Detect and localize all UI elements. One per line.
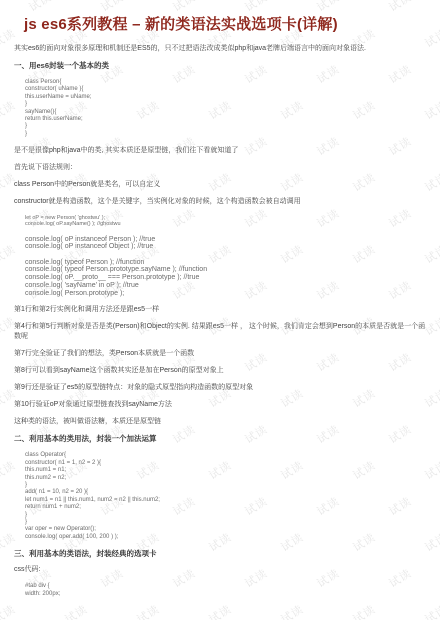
code-block: class Person{ constructor( uName ){ this… [25,79,426,138]
watermark-text: 试读 [350,601,379,620]
paragraph: 这种类的语法，被叫做语法糖，本质还是原型链 [14,417,426,427]
article-content: js es6系列教程 – 新的类语法实战选项卡(详解) 其实es6的面向对象很多… [14,16,426,598]
paragraph: 第1行和第2行实例化和调用方法还是跟es5一样 [14,305,426,315]
paragraph: css代码: [14,565,426,575]
watermark-text: 试读 [314,0,343,15]
paragraph: 第8行可以看到sayName这个函数其实还是加在Person的原型对象上 [14,366,426,376]
code-block: let oP = new Person( 'ghostwu' ); consol… [25,215,426,227]
code-block: class Operator{ constructor( n1 = 1, n2 … [25,452,426,541]
watermark-text: 试读 [278,601,307,620]
paragraph: constructor就是构造函数，这个是关键字，当实例化对象的时候，这个构造函… [14,197,426,207]
watermark-text: 试读 [206,601,235,620]
watermark-text: 试读 [134,601,163,620]
paragraph: 第9行还是验证了es5的原型链特点：对象的隐式原型指向构造函数的原型对象 [14,383,426,393]
watermark-text: 试读 [0,601,18,620]
watermark-text: 试读 [386,0,415,15]
paragraph: 第10行验证oP对象通过原型链查找到sayName方法 [14,400,426,410]
paragraph: 第4行和第5行判断对象是否是类(Person)和Object的实例. 结果跟es… [14,322,426,342]
watermark-text: 试读 [62,601,91,620]
paragraph: 是不是很像php和java中的类, 其实本质还是原型链，我们往下看就知道了 [14,146,426,156]
paragraph: class Person中的Person就是类名，可以自定义 [14,180,426,190]
code-block: #tab div { width: 200px; [25,583,426,598]
section-heading: 二、利用基本的类用法，封装一个加法运算 [14,434,426,444]
article-body: 其实es6的面向对象很多原理和机制还是ES5的，只不过把语法改成类似php和ja… [14,44,426,598]
article-title: js es6系列教程 – 新的类语法实战选项卡(详解) [24,16,426,34]
watermark-text: 试读 [422,601,440,620]
watermark-text: 试读 [170,0,199,15]
watermark-text: 试读 [98,0,127,15]
paragraph: 首先说下语法规则： [14,163,426,173]
section-heading: 三、利用基本的类语法，封装经典的选项卡 [14,549,426,559]
paragraph: 第7行完全验证了我们的想法，类Person本质就是一个函数 [14,349,426,359]
section-heading: 一、用es6封装一个基本的类 [14,61,426,71]
document-page: js es6系列教程 – 新的类语法实战选项卡(详解) 其实es6的面向对象很多… [0,0,440,620]
paragraph: 其实es6的面向对象很多原理和机制还是ES5的，只不过把语法改成类似php和ja… [14,44,426,54]
watermark-text: 试读 [26,0,55,15]
code-block: console.log( oP instanceof Person ); //t… [25,236,426,298]
watermark-text: 试读 [242,0,271,15]
